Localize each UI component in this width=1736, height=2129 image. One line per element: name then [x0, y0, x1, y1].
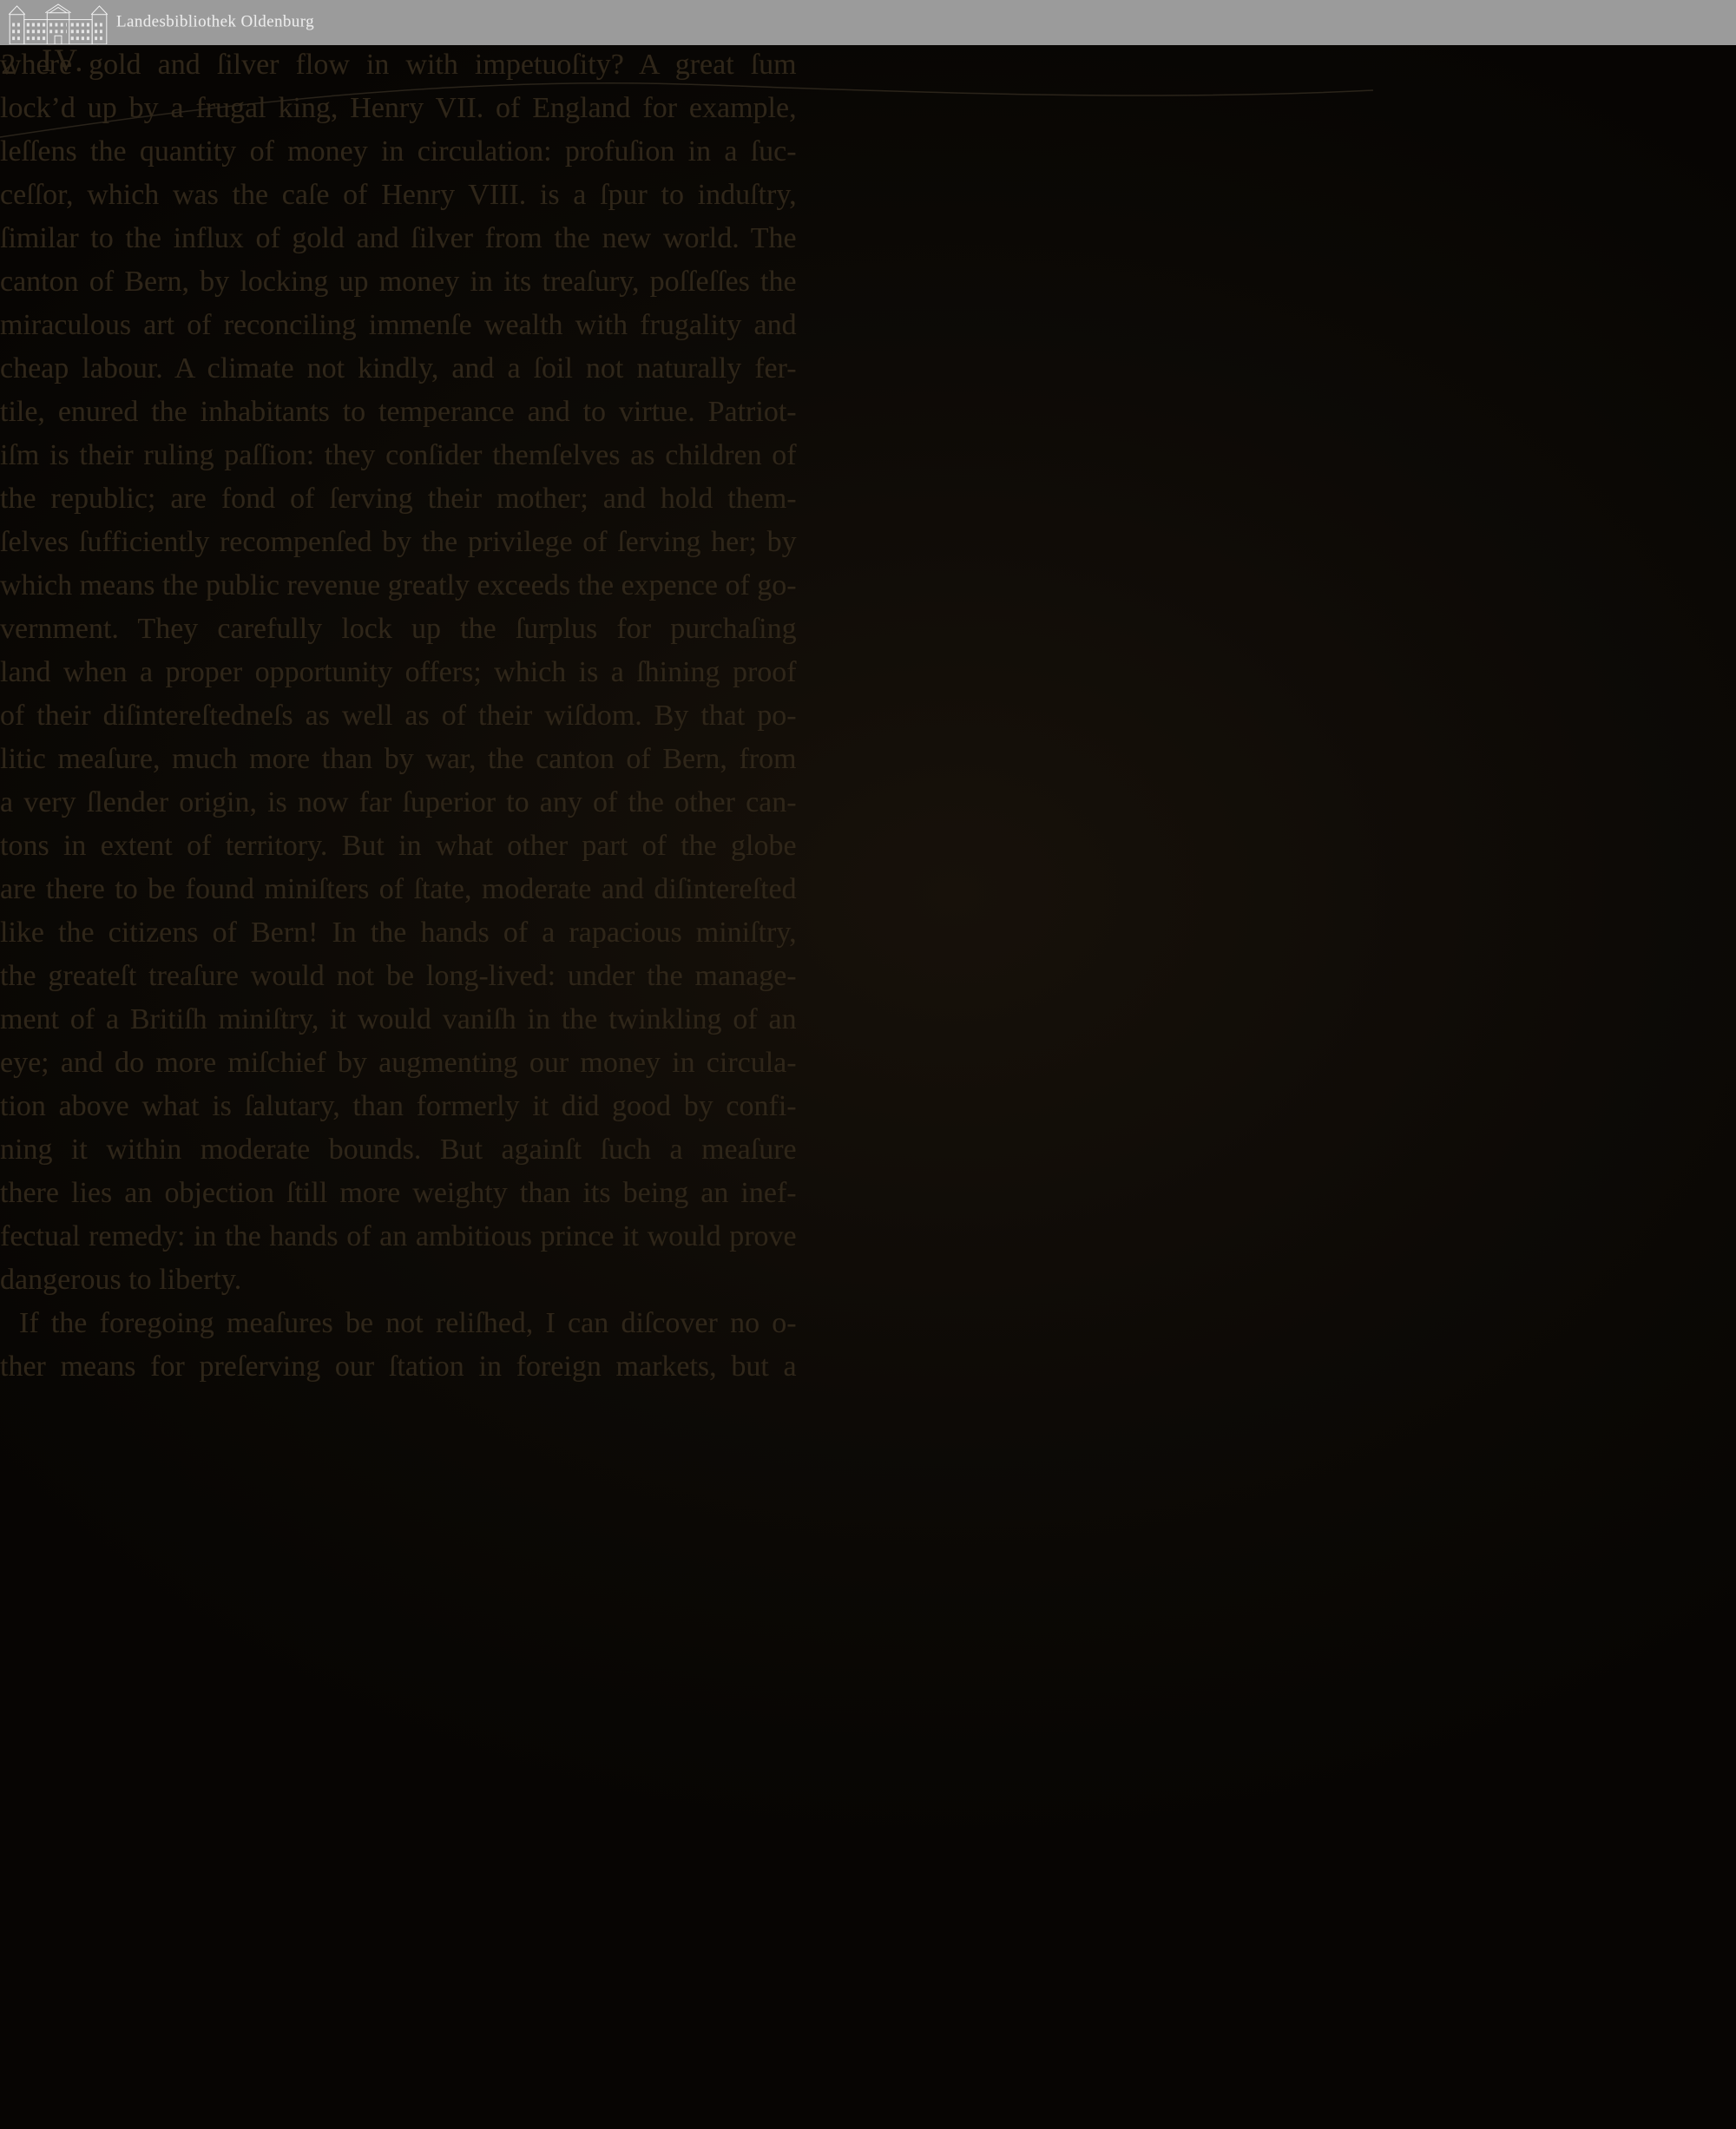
- library-banner-label: Landesbibliothek Oldenburg: [116, 13, 314, 32]
- text-line: are there to be found miniſters of ſtate…: [0, 868, 797, 911]
- text-line: land when a proper opportunity offers; w…: [0, 651, 797, 694]
- library-building-icon: [7, 3, 109, 44]
- text-line: the republic; are fond of ſerving their …: [0, 477, 797, 521]
- text-line: canton of Bern, by locking up money in i…: [0, 260, 797, 304]
- text-line: ſimilar to the influx of gold and ſilver…: [0, 217, 797, 260]
- text-line: ment of a Britiſh miniſtry, it would van…: [0, 998, 797, 1042]
- text-line: a very ſlender origin, is now far ſuperi…: [0, 781, 797, 825]
- text-line: miraculous art of reconciling immenſe we…: [0, 304, 797, 347]
- text-line: where gold and ſilver flow in with impet…: [0, 43, 797, 87]
- text-line: ther means for preſerving our ſtation in…: [0, 1345, 797, 1389]
- library-banner: Landesbibliothek Oldenburg: [0, 0, 1736, 45]
- text-line: tion above what is ſalutary, than former…: [0, 1085, 797, 1128]
- text-line: there lies an objection ſtill more weigh…: [0, 1172, 797, 1215]
- text-line: iſm is their ruling paſſion: they conſid…: [0, 434, 797, 477]
- text-line: litic meaſure, much more than by war, th…: [0, 738, 797, 781]
- text-line: vernment. They carefully lock up the ſur…: [0, 608, 797, 651]
- text-line: like the citizens of Bern! In the hands …: [0, 911, 797, 955]
- text-line: of their diſintereſtedneſs as well as of…: [0, 694, 797, 738]
- text-line: tile, enured the inhabitants to temperan…: [0, 391, 797, 434]
- text-line: fectual remedy: in the hands of an ambit…: [0, 1215, 797, 1258]
- book-photo: MEN AS INDIVIDUALS. Sk. IV. COMMERCE. 83…: [0, 0, 1736, 2129]
- text-line: ſelves ſufficiently recompenſed by the p…: [0, 521, 797, 564]
- text-line: If the foregoing meaſures be not reliſhe…: [0, 1302, 797, 1345]
- text-line: ceſſor, which was the caſe of Henry VIII…: [0, 174, 797, 217]
- text-line: ning it within moderate bounds. But agai…: [0, 1128, 797, 1172]
- text-line: leſſens the quantity of money in circula…: [0, 130, 797, 174]
- text-line: dangerous to liberty.: [0, 1258, 797, 1302]
- text-line: tons in extent of territory. But in what…: [0, 825, 797, 868]
- text-line: the greateſt treaſure would not be long-…: [0, 955, 797, 998]
- text-line: cheap labour. A climate not kindly, and …: [0, 347, 797, 391]
- text-line: lock’d up by a frugal king, Henry VII. o…: [0, 87, 797, 130]
- text-line: which means the public revenue greatly e…: [0, 564, 797, 608]
- text-line: eye; and do more miſchief by augmenting …: [0, 1042, 797, 1085]
- body-text: there any good objection againſt that pr…: [0, 0, 797, 1389]
